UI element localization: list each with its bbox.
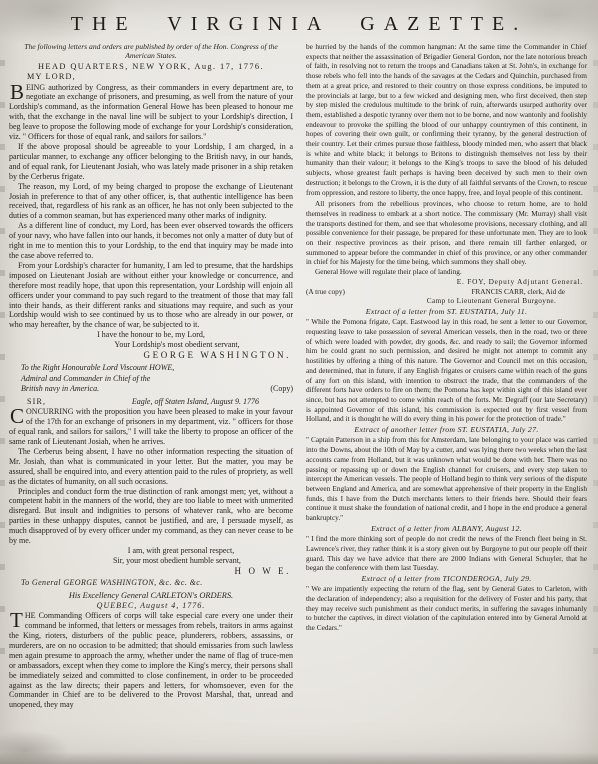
- washington-letter-paragraph-3: The reason, my Lord, of my being charged…: [9, 182, 293, 222]
- valediction-line-1: I have the honour to be, my Lord,: [9, 330, 293, 340]
- howe-letter-dateline: SIR, Eagle, off Staten Island, August 9.…: [9, 397, 293, 407]
- dateline-eagle: Eagle, off Staten Island, August 9. 1776: [132, 397, 259, 407]
- valediction-line-3: I am, with great personal respect,: [9, 546, 293, 556]
- address-to-washington: To General GEORGE WASHINGTON, &c. &c. &c…: [21, 578, 293, 588]
- carleton-orders-paragraph: THE Commanding Officers of corps will ta…: [9, 611, 293, 710]
- address-line-1: To the Right Honourable Lord Viscount HO…: [21, 363, 293, 373]
- page-columns: The following letters and orders are pub…: [0, 40, 598, 710]
- signature-francis-carr: FRANCIS CARR, clerk, Aid de: [471, 287, 565, 297]
- extract-heading-st-eustatia-2: Extract of another letter from ST. EUSTA…: [306, 425, 587, 435]
- true-copy-row: (A true copy) FRANCIS CARR, clerk, Aid d…: [306, 287, 587, 297]
- scan-bottom-shadow: [0, 752, 598, 764]
- masthead-title: THE VIRGINIA GAZETTE.: [0, 0, 598, 40]
- extract-st-eustatia-1-paragraph: " While the Pomona frigate, Capt. Eastwo…: [306, 317, 587, 424]
- signature-francis-carr-line-2: Camp to Lieutenant General Burgoyne.: [306, 296, 587, 306]
- paragraph-text: HE Commanding Officers of corps will tak…: [9, 611, 293, 709]
- washington-letter-paragraph-5: From your Lordship's character for human…: [9, 261, 293, 330]
- left-edge-bleedthrough: [0, 60, 5, 680]
- dateline-quebec: QUEBEC, August 4, 1776.: [9, 601, 293, 611]
- right-column: be hurried by the hands of the common ha…: [306, 42, 587, 710]
- carleton-orders-heading: His Excellency General CARLETON's ORDERS…: [9, 591, 293, 601]
- extract-st-eustatia-2-paragraph: " Captain Patterson in a ship from this …: [306, 435, 587, 522]
- publication-notice: The following letters and orders are pub…: [9, 42, 293, 61]
- signature-george-washington: GEORGE WASHINGTON.: [9, 350, 293, 361]
- copy-note: (Copy): [270, 384, 293, 394]
- dateline-head-quarters: HEAD QUARTERS, NEW YORK, Aug. 17, 1776.: [9, 62, 293, 72]
- true-copy-note: (A true copy): [306, 287, 345, 297]
- washington-letter-paragraph-4: As a different line of conduct, my Lord,…: [9, 221, 293, 261]
- right-edge-bleedthrough: [593, 60, 598, 680]
- dropcap-initial: B: [9, 83, 26, 101]
- extract-heading-st-eustatia-1: Extract of a letter from ST. EUSTATIA, J…: [306, 307, 587, 317]
- howe-letter-paragraph-1: CONCURRING with the proposition you have…: [9, 407, 293, 447]
- valediction-line-2: Your Lordship's most obedient servant,: [9, 340, 293, 350]
- dropcap-initial: C: [9, 407, 26, 425]
- washington-letter-paragraph-1: BEING authorized by Congress, as their c…: [9, 83, 293, 142]
- newspaper-page: THE VIRGINIA GAZETTE. The following lett…: [0, 0, 598, 764]
- salutation-my-lord: MY LORD,: [27, 72, 293, 82]
- valediction-line-4: Sir, your most obedient humble servant,: [9, 556, 293, 566]
- address-block-howe: To the Right Honourable Lord Viscount HO…: [21, 363, 293, 394]
- extract-heading-albany: Extract of a letter from ALBANY, August …: [306, 524, 587, 534]
- extract-ticonderoga-paragraph: " We are impatiently expecting the retur…: [306, 584, 587, 633]
- dropcap-initial: T: [9, 611, 25, 629]
- washington-letter-paragraph-2: If the above proposal should be agreeabl…: [9, 142, 293, 182]
- address-line-3: British navy in America.: [21, 384, 99, 394]
- left-column: The following letters and orders are pub…: [9, 42, 293, 710]
- howe-letter-paragraph-3: Principles and conduct form the true dis…: [9, 487, 293, 546]
- extract-heading-ticonderoga: Extract of a letter from TICONDEROGA, Ju…: [306, 574, 587, 584]
- paragraph-text: EING authorized by Congress, as their co…: [9, 83, 293, 142]
- prisoners-paragraph: All prisoners from the rebellious provin…: [306, 199, 587, 267]
- paragraph-text: ONCURRING with the proposition you have …: [9, 407, 293, 446]
- address-line-2: Admiral and Commander in Chief of the: [21, 374, 293, 384]
- orders-continuation-paragraph: be hurried by the hands of the common ha…: [306, 42, 587, 197]
- signature-e-foy: E. FOY, Deputy Adjutant General.: [306, 277, 587, 287]
- salutation-sir: SIR,: [27, 397, 46, 407]
- extract-albany-paragraph: " I find the more thinking sort of peopl…: [306, 534, 587, 573]
- landing-note: General Howe will regulate their place o…: [306, 267, 587, 277]
- howe-letter-paragraph-2: The Cerberus being absent, I have no oth…: [9, 447, 293, 487]
- signature-howe: H O W E.: [9, 566, 293, 577]
